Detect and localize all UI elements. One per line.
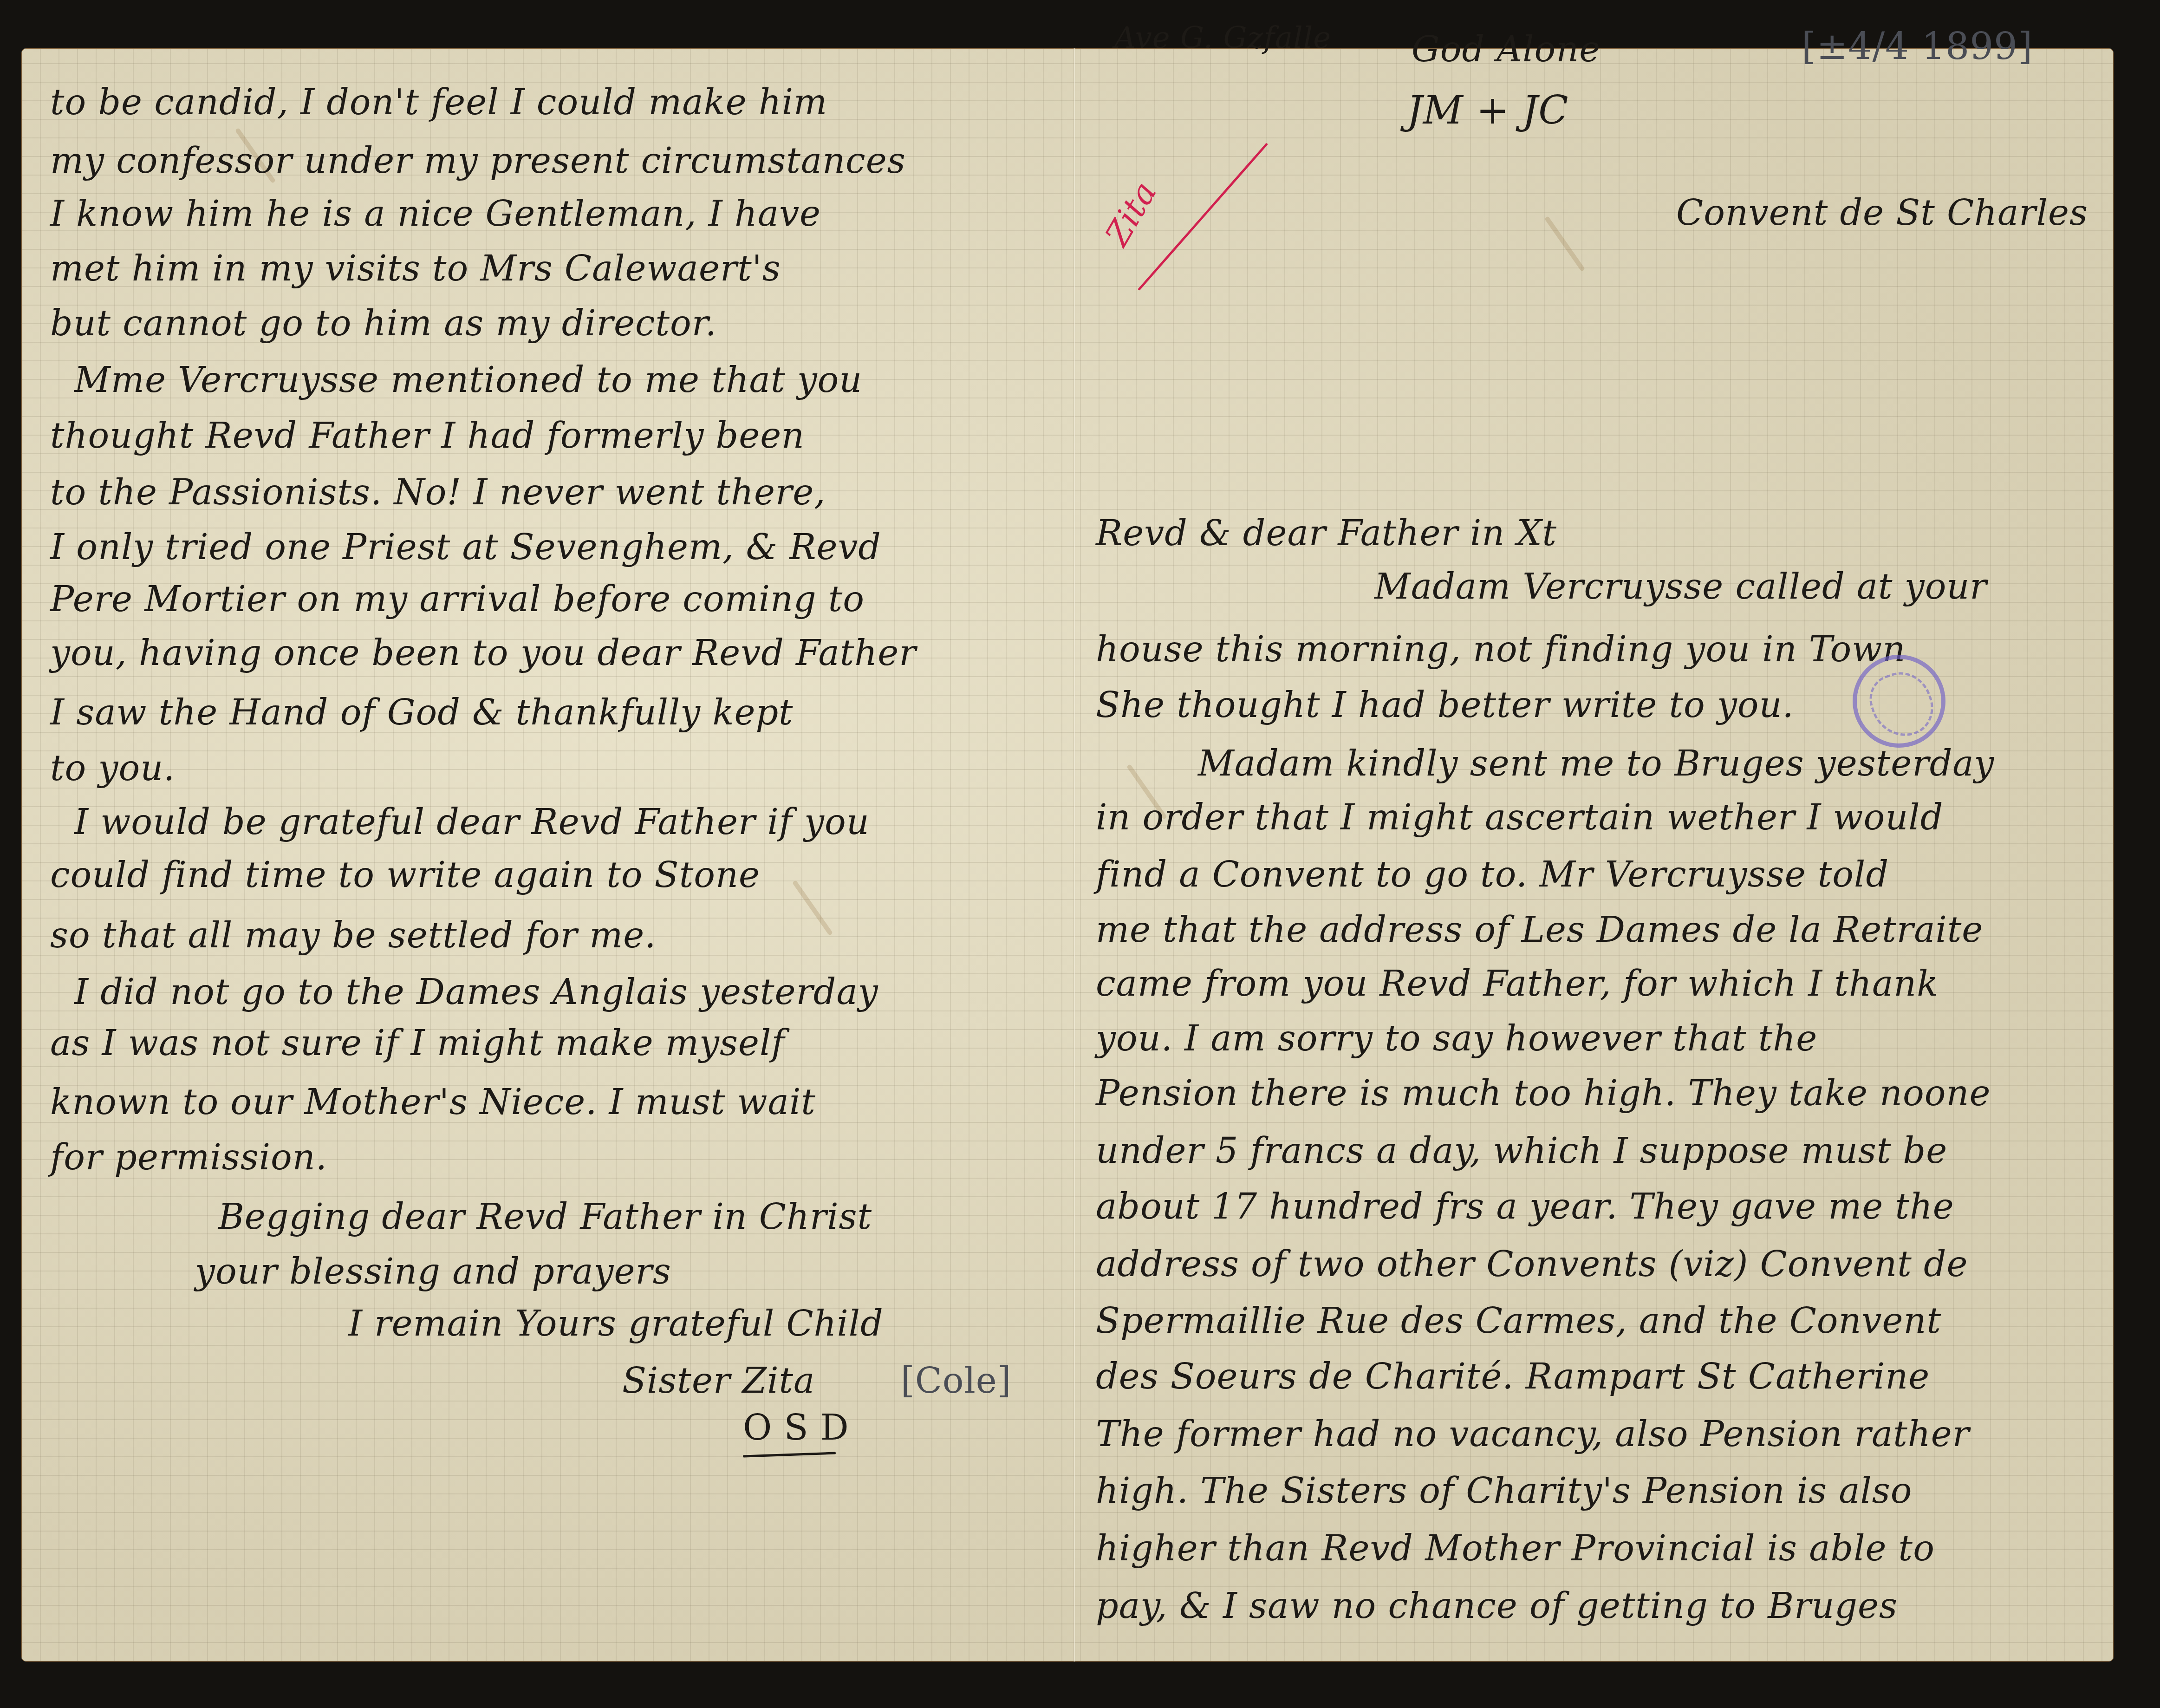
header-monogram: JM + JC xyxy=(1407,91,1568,130)
right-line-1: Madam Vercruysse called at your xyxy=(1374,569,1987,604)
purple-ink-stamp xyxy=(1853,655,1945,748)
right-line-6: find a Convent to go to. Mr Vercruysse t… xyxy=(1096,857,1889,892)
right-line-14: Spermaillie Rue des Carmes, and the Conv… xyxy=(1096,1303,1941,1338)
right-line-3: She thought I had better write to you. xyxy=(1096,687,1794,723)
left-line-20: for permission. xyxy=(50,1140,327,1175)
right-line-12: about 17 hundred frs a year. They gave m… xyxy=(1096,1189,1954,1224)
right-line-11: under 5 francs a day, which I suppose mu… xyxy=(1096,1133,1947,1168)
closing-line-1: Begging dear Revd Father in Christ xyxy=(218,1199,872,1234)
right-line-16: The former had no vacancy, also Pension … xyxy=(1096,1416,1970,1452)
right-line-10: Pension there is much too high. They tak… xyxy=(1096,1076,1991,1111)
left-line-13: to you. xyxy=(50,750,175,786)
right-line-18: higher than Revd Mother Provincial is ab… xyxy=(1096,1531,1935,1566)
left-line-18: as I was not sure if I might make myself xyxy=(50,1025,785,1061)
left-line-2: my confessor under my present circumstan… xyxy=(50,143,906,178)
right-line-9: you. I am sorry to say however that the xyxy=(1096,1021,1817,1056)
right-line-17: high. The Sisters of Charity's Pension i… xyxy=(1096,1473,1913,1508)
right-line-2: house this morning, not finding you in T… xyxy=(1096,632,1906,667)
left-line-11: you, having once been to you dear Revd F… xyxy=(50,635,917,671)
left-line-15: could find time to write again to Stone xyxy=(50,857,760,893)
salutation: Revd & dear Father in Xt xyxy=(1096,515,1557,551)
right-line-5: in order that I might ascertain wether I… xyxy=(1096,800,1943,835)
archival-date: [±4/4 1899] xyxy=(1802,28,2033,65)
address: Convent de St Charles xyxy=(1676,195,2088,230)
left-line-19: known to our Mother's Niece. I must wait xyxy=(50,1084,816,1120)
center-fold xyxy=(1073,48,1075,1662)
signature: Sister Zita xyxy=(622,1363,815,1398)
signature-annotation: [Cole] xyxy=(901,1363,1012,1398)
header-invocation: God Alone xyxy=(1412,32,1600,67)
right-line-13: address of two other Convents (viz) Conv… xyxy=(1096,1246,1968,1282)
left-line-10: Pere Mortier on my arrival before coming… xyxy=(50,581,865,617)
annotation-top-left: Ave G. Gzfalle xyxy=(1114,23,1331,53)
right-line-4: Madam kindly sent me to Bruges yesterday xyxy=(1198,746,1995,781)
left-line-4: met him in my visits to Mrs Calewaert's xyxy=(50,251,781,286)
left-line-5: but cannot go to him as my director. xyxy=(50,306,717,341)
left-line-17: I did not go to the Dames Anglais yester… xyxy=(74,974,878,1010)
left-line-14: I would be grateful dear Revd Father if … xyxy=(74,804,870,840)
left-line-9: I only tried one Priest at Sevenghem, & … xyxy=(50,529,881,565)
order-initials: O S D xyxy=(743,1410,849,1445)
right-line-7: me that the address of Les Dames de la R… xyxy=(1096,912,1983,947)
left-line-8: to the Passionists. No! I never went the… xyxy=(50,475,826,510)
left-line-7: thought Revd Father I had formerly been xyxy=(50,418,805,453)
right-line-8: came from you Revd Father, for which I t… xyxy=(1096,966,1939,1001)
left-line-16: so that all may be settled for me. xyxy=(50,918,656,953)
right-line-15: des Soeurs de Charité. Rampart St Cather… xyxy=(1096,1359,1930,1394)
closing-line-2: your blessing and prayers xyxy=(195,1254,671,1289)
closing-line-3: I remain Yours grateful Child xyxy=(348,1306,884,1341)
left-line-6: Mme Vercruysse mentioned to me that you xyxy=(74,362,862,398)
left-line-12: I saw the Hand of God & thankfully kept xyxy=(50,695,794,730)
left-line-1: to be candid, I don't feel I could make … xyxy=(50,85,827,120)
left-line-3: I know him he is a nice Gentleman, I hav… xyxy=(50,196,821,231)
right-line-19: pay, & I saw no chance of getting to Bru… xyxy=(1096,1588,1898,1623)
